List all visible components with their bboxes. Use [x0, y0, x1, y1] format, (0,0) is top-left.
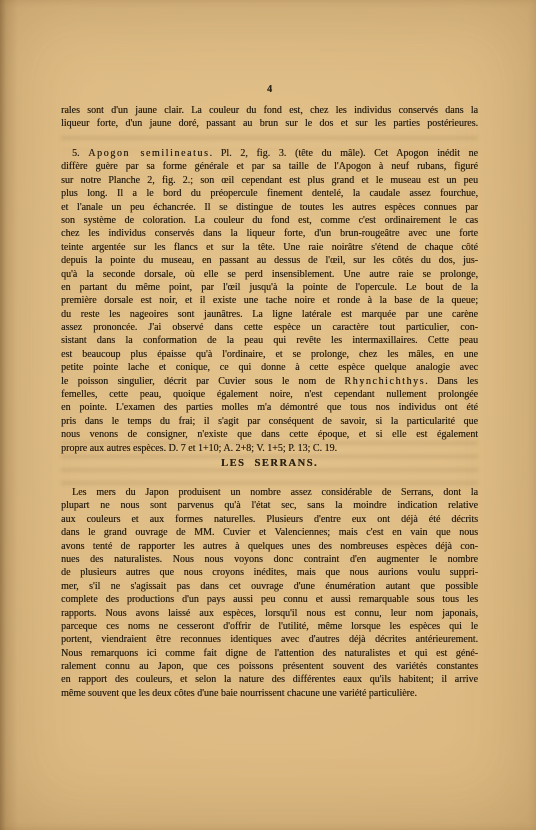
text-run: Nous remarquons ici comme fait digne de …: [61, 648, 478, 659]
text-line: 5. Apogon semilineatus. Pl. 2, fig. 3. (…: [61, 147, 478, 160]
species-name: Rhynchichthys: [344, 376, 425, 387]
text-run: même souvent que les deux côtes d'une ba…: [61, 688, 417, 699]
text-line: depuis la pointe du museau, en passant a…: [61, 254, 478, 267]
section-paragraph: Les mers du Japon produisent un nombre a…: [61, 486, 478, 700]
text-run: de plusieurs autres que nous croyons iné…: [61, 567, 478, 578]
text-line: même souvent que les deux côtes d'une ba…: [61, 687, 478, 700]
text-line: du reste les nageoires sont jaunâtres. L…: [61, 308, 478, 321]
text-line: de plusieurs autres que nous croyons iné…: [61, 566, 478, 579]
text-run: mer, s'il ne s'agissait pas dans cet ouv…: [61, 581, 478, 592]
text-line: est beaucoup plus épaisse qu'à l'ordinai…: [61, 348, 478, 361]
text-line: diffère guère par sa forme générale et p…: [61, 160, 478, 173]
book-page: 4 rales sont d'un jaune clair. La couleu…: [0, 0, 536, 830]
text-line: plupart ne nous sont parvenus qu'à l'éta…: [61, 499, 478, 512]
text-run: propre aux autres espèces. D. 7 et 1+10;…: [61, 443, 337, 454]
species-entry-paragraph: 5. Apogon semilineatus. Pl. 2, fig. 3. (…: [61, 147, 478, 455]
text-run: nous venons de consigner, n'existe que d…: [61, 429, 478, 440]
text-line: portent, viendraient être reconnues iden…: [61, 633, 478, 646]
text-line: son système de coloration. La couleur du…: [61, 214, 478, 227]
text-line: pris dans le temps du frai; il s'agit pa…: [61, 415, 478, 428]
text-line: liqueur forte, d'un jaune doré, passant …: [61, 117, 478, 130]
text-run: sistant dans la conformation de la peau …: [61, 335, 478, 346]
text-run: aux couleurs et aux formes naturelles. P…: [61, 514, 478, 525]
text-run: petite pointe lache et conique, ce qui d…: [61, 362, 478, 373]
species-name: Apogon semilineatus: [88, 148, 209, 159]
text-run: parceque ces noms ne cesseront d'offrir …: [61, 621, 478, 632]
text-line: plus long. Il a le bord du préopercule f…: [61, 187, 478, 200]
text-run: sur notre Planche 2, fig. 2.; son œil ce…: [61, 175, 478, 186]
text-line: le poisson singulier, décrit par Cuvier …: [61, 375, 478, 388]
text-run: assez prononcée. J'ai observé dans cette…: [61, 322, 478, 333]
text-line: propre aux autres espèces. D. 7 et 1+10;…: [61, 442, 478, 455]
text-run: rales sont d'un jaune clair. La couleur …: [61, 105, 478, 116]
text-run: en pointe. L'examen des parties molles m…: [61, 402, 478, 413]
text-line: en rapport des couleurs, et selon la nat…: [61, 673, 478, 686]
text-run: Les mers du Japon produisent un nombre a…: [72, 487, 478, 498]
text-line: chez les individus conservés dans la liq…: [61, 227, 478, 240]
text-run: et l'anale un peu échancrée. Il se disti…: [61, 202, 478, 213]
text-run: depuis la pointe du museau, en passant a…: [61, 255, 478, 266]
text-line: complete des productions d'un pays aussi…: [61, 593, 478, 606]
text-line: Nous remarquons ici comme fait digne de …: [61, 647, 478, 660]
text-run: du reste les nageoires sont jaunâtres. L…: [61, 309, 478, 320]
text-line: en partant du même point, par l'œil jusq…: [61, 281, 478, 294]
text-line: femelles, cette peau, quoique également …: [61, 388, 478, 401]
text-line: avons tenté de rapporter les autres à qu…: [61, 540, 478, 553]
text-run: complete des productions d'un pays aussi…: [61, 594, 478, 605]
text-line: première dorsale est noir, et il existe …: [61, 294, 478, 307]
text-run: première dorsale est noir, et il existe …: [61, 295, 478, 306]
paragraph-continuation: rales sont d'un jaune clair. La couleur …: [61, 104, 478, 131]
text-run: plupart ne nous sont parvenus qu'à l'éta…: [61, 500, 478, 511]
text-run: chez les individus conservés dans la liq…: [61, 228, 478, 239]
text-line: mer, s'il ne s'agissait pas dans cet ouv…: [61, 580, 478, 593]
text-run: en rapport des couleurs, et selon la nat…: [61, 674, 478, 685]
text-run: qu'à la seconde dorsale, où elle se perd…: [61, 269, 478, 280]
text-run: diffère guère par sa forme générale et p…: [61, 161, 478, 172]
text-run: portent, viendraient être reconnues iden…: [61, 634, 478, 645]
text-run: le poisson singulier, décrit par Cuvier …: [61, 376, 344, 387]
text-run: pris dans le temps du frai; il s'agit pa…: [61, 416, 478, 427]
text-line: et l'anale un peu échancrée. Il se disti…: [61, 201, 478, 214]
text-run: nues des naturalistes. Nous nous voyons …: [61, 554, 478, 565]
text-run: rapports. Nous avons laissé aux espèces,…: [61, 608, 478, 619]
text-run: son système de coloration. La couleur du…: [61, 215, 478, 226]
text-line: nues des naturalistes. Nous nous voyons …: [61, 553, 478, 566]
text-line: rales sont d'un jaune clair. La couleur …: [61, 104, 478, 117]
text-line: petite pointe lache et conique, ce qui d…: [61, 361, 478, 374]
text-line: assez prononcée. J'ai observé dans cette…: [61, 321, 478, 334]
text-line: en pointe. L'examen des parties molles m…: [61, 401, 478, 414]
text-run: avons tenté de rapporter les autres à qu…: [61, 541, 478, 552]
section-heading: LES SERRANS.: [61, 458, 478, 469]
text-run: en partant du même point, par l'œil jusq…: [61, 282, 478, 293]
text-run: teinte argentée sur les flancs et sur la…: [61, 242, 478, 253]
text-line: ralement connu au Japon, que ces poisson…: [61, 660, 478, 673]
text-line: parceque ces noms ne cesseront d'offrir …: [61, 620, 478, 633]
text-line: aux couleurs et aux formes naturelles. P…: [61, 513, 478, 526]
text-run: ralement connu au Japon, que ces poisson…: [61, 661, 478, 672]
text-run: femelles, cette peau, quoique également …: [61, 389, 478, 400]
text-line: qu'à la seconde dorsale, où elle se perd…: [61, 268, 478, 281]
text-run: 5.: [72, 148, 88, 159]
text-line: dans le grand ouvrage de MM. Cuvier et V…: [61, 526, 478, 539]
text-line: Les mers du Japon produisent un nombre a…: [61, 486, 478, 499]
text-run: . Dans les: [425, 376, 478, 387]
text-run: liqueur forte, d'un jaune doré, passant …: [61, 118, 478, 129]
text-line: rapports. Nous avons laissé aux espèces,…: [61, 607, 478, 620]
text-run: plus long. Il a le bord du préopercule f…: [61, 188, 478, 199]
text-run: dans le grand ouvrage de MM. Cuvier et V…: [61, 527, 478, 538]
text-line: sistant dans la conformation de la peau …: [61, 334, 478, 347]
text-run: . Pl. 2, fig. 3. (tête du mâle). Cet Apo…: [210, 148, 478, 159]
text-line: sur notre Planche 2, fig. 2.; son œil ce…: [61, 174, 478, 187]
page-number: 4: [61, 84, 478, 95]
text-line: nous venons de consigner, n'existe que d…: [61, 428, 478, 441]
page-gutter-shadow: [0, 0, 18, 830]
text-line: teinte argentée sur les flancs et sur la…: [61, 241, 478, 254]
text-run: est beaucoup plus épaisse qu'à l'ordinai…: [61, 349, 478, 360]
